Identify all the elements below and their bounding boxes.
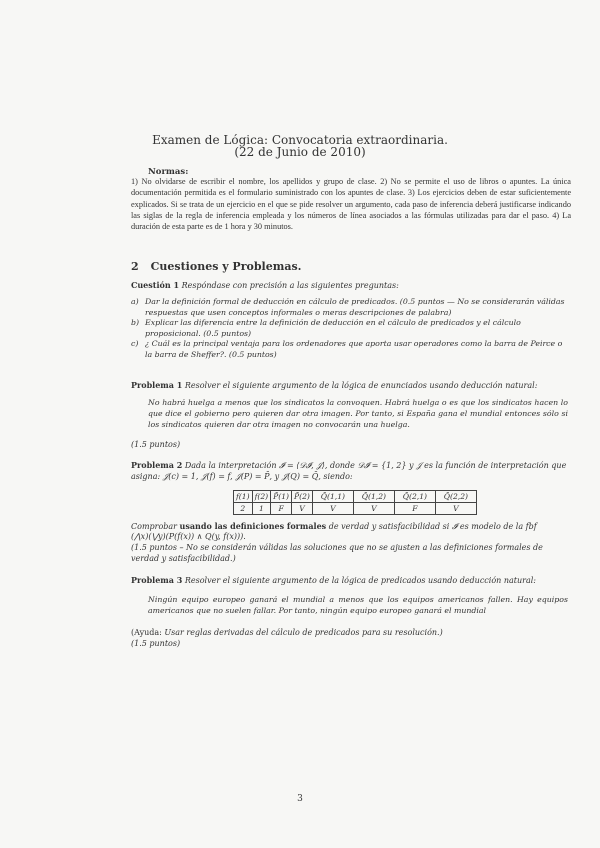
item-label: b) <box>131 318 139 329</box>
problema-1-argument: No habrá huelga a menos que los sindicat… <box>148 397 568 430</box>
cuestion-1-prompt: Respóndase con precisión a las siguiente… <box>182 281 399 290</box>
problema-1-label: Problema 1 <box>131 380 182 390</box>
table-cell: F <box>271 503 292 515</box>
table-cell: 1 <box>252 503 271 515</box>
table-header-cell: P̄(2) <box>292 491 313 503</box>
item-text: ¿ Cuál es la principal ventaja para los … <box>145 339 562 359</box>
item-text: Explicar las diferencia entre la definic… <box>145 318 521 338</box>
exam-page: Examen de Lógica: Convocatoria extraordi… <box>0 0 600 848</box>
section-title: Cuestiones y Problemas. <box>151 260 302 273</box>
table-header-cell: Q̄(1,1) <box>312 491 353 503</box>
item-label: a) <box>131 297 139 308</box>
interpretation-table: f(1) f(2) P̄(1) P̄(2) Q̄(1,1) Q̄(1,2) Q̄… <box>233 490 477 515</box>
problema-1-points: (1.5 puntos) <box>131 440 571 451</box>
problema-2-points: (1.5 puntos – No se considerán válidas l… <box>131 543 571 564</box>
cuestion-1-label: Cuestión 1 <box>131 280 179 290</box>
table-header-cell: Q̄(1,2) <box>353 491 394 503</box>
cuestion-1-heading: Cuestión 1 Respóndase con precisión a la… <box>131 280 571 292</box>
item-text: Dar la definición formal de deducción en… <box>145 297 565 317</box>
list-item: b) Explicar las diferencia entre la defi… <box>131 318 569 339</box>
table-cell: F <box>394 503 435 515</box>
table-header-cell: Q̄(2,2) <box>435 491 476 503</box>
list-item: a) Dar la definición formal de deducción… <box>131 297 569 318</box>
task-bold: usando las definiciones formales <box>180 521 327 531</box>
hint-label: (Ayuda: <box>131 628 162 637</box>
section-heading: 2Cuestiones y Problemas. <box>131 260 302 273</box>
problema-3-label: Problema 3 <box>131 575 182 585</box>
problema-2-prompt: Dada la interpretación 𝓘 = ⟨𝒟𝓘, 𝒥⟩, dond… <box>131 461 566 481</box>
problema-2-task: Comprobar usando las definiciones formal… <box>131 521 571 533</box>
table-row: 2 1 F V V V F V <box>234 503 477 515</box>
problema-3-hint: (Ayuda: Usar reglas derivadas del cálcul… <box>131 628 571 639</box>
table-header-cell: f(1) <box>234 491 253 503</box>
table-header-cell: f(2) <box>252 491 271 503</box>
page-number: 3 <box>0 794 600 804</box>
problema-1-heading: Problema 1 Resolver el siguiente argumen… <box>131 380 571 392</box>
cuestion-1-list: a) Dar la definición formal de deducción… <box>131 297 569 360</box>
table-header-cell: P̄(1) <box>271 491 292 503</box>
exam-date: (22 de Junio de 2010) <box>0 146 600 159</box>
task-pre: Comprobar <box>131 522 180 531</box>
table-cell: V <box>435 503 476 515</box>
problema-1-prompt: Resolver el siguiente argumento de la ló… <box>185 381 538 390</box>
table-cell: V <box>292 503 313 515</box>
table-header-cell: Q̄(2,1) <box>394 491 435 503</box>
normas-text: 1) No olvidarse de escribir el nombre, l… <box>131 176 571 232</box>
problema-3-points: (1.5 puntos) <box>131 639 571 650</box>
table-cell: V <box>312 503 353 515</box>
problema-3-heading: Problema 3 Resolver el siguiente argumen… <box>131 575 571 587</box>
task-post: de verdad y satisfacibilidad si 𝓘 es mod… <box>326 522 537 531</box>
problema-2-label: Problema 2 <box>131 460 182 470</box>
table-cell: V <box>353 503 394 515</box>
list-item: c) ¿ Cuál es la principal ventaja para l… <box>131 339 569 360</box>
problema-3-prompt: Resolver el siguiente argumento de la ló… <box>185 576 536 585</box>
item-label: c) <box>131 339 138 350</box>
section-number: 2 <box>131 260 139 273</box>
hint-text: Usar reglas derivadas del cálculo de pre… <box>164 628 442 637</box>
problema-2-heading: Problema 2 Dada la interpretación 𝓘 = ⟨𝒟… <box>131 460 571 482</box>
problema-3-argument: Ningún equipo europeo ganará el mundial … <box>148 594 568 616</box>
table-cell: 2 <box>234 503 253 515</box>
problema-2-formula: (⋀x)(⋁y)(P(f(x)) ∧ Q(y, f(x))). <box>131 532 571 543</box>
table-header-row: f(1) f(2) P̄(1) P̄(2) Q̄(1,1) Q̄(1,2) Q̄… <box>234 491 477 503</box>
